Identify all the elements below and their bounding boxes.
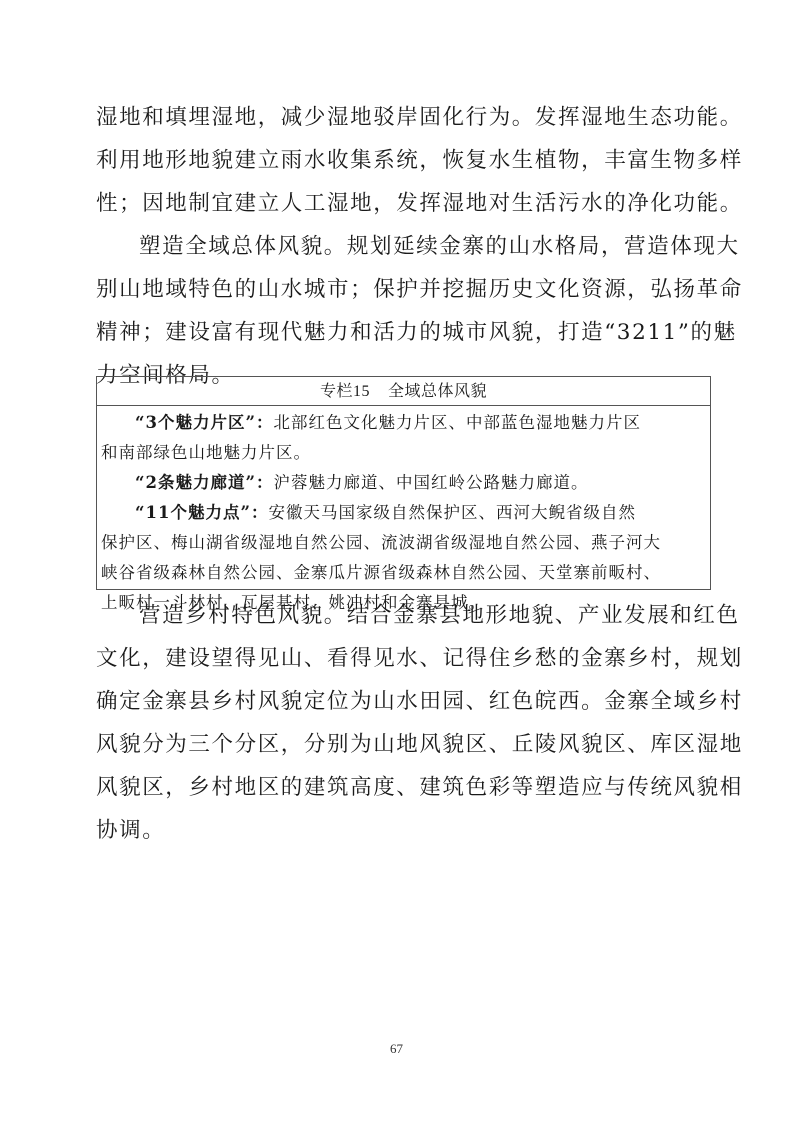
text-line: 精神；建设富有现代魅力和活力的城市风貌，打造“3211”的魅: [96, 311, 716, 354]
box-title-prefix: 专栏: [320, 381, 353, 400]
paragraph-overall-style: 塑造全域总体风貌。规划延续金寨的山水格局，营造体现大 别山地域特色的山水城市；保…: [96, 225, 716, 397]
item-label: “2条魅力廊道”：: [135, 473, 273, 492]
text-line: 性；因地制宜建立人工湿地，发挥湿地对生活污水的净化功能。: [96, 182, 716, 225]
text-line: 别山地域特色的山水城市；保护并挖掘历史文化资源，弘扬革命: [96, 268, 716, 311]
text-line: 风貌分为三个分区，分别为山地风貌区、丘陵风貌区、库区湿地: [96, 723, 716, 766]
text-line: 文化，建设望得见山、看得见水、记得住乡愁的金寨乡村，规划: [96, 637, 716, 680]
box-item-continuation: 保护区、梅山湖省级湿地自然公园、流波湖省级湿地自然公园、燕子河大: [101, 528, 706, 558]
item-label: “11个魅力点”：: [135, 503, 268, 522]
box-item-charm-zones: “3个魅力片区”：北部红色文化魅力片区、中部蓝色湿地魅力片区: [101, 408, 706, 438]
text-line: 确定金寨县乡村风貌定位为山水田园、红色皖西。金寨全域乡村: [96, 680, 716, 723]
item-label: “3个魅力片区”：: [135, 413, 273, 432]
text-line: 风貌区，乡村地区的建筑高度、建筑色彩等塑造应与传统风貌相: [96, 766, 716, 809]
box-item-continuation: 和南部绿色山地魅力片区。: [101, 438, 706, 468]
text-line: 协调。: [96, 809, 716, 852]
box-body: “3个魅力片区”：北部红色文化魅力片区、中部蓝色湿地魅力片区 和南部绿色山地魅力…: [97, 406, 710, 618]
text-line: 利用地形地貌建立雨水收集系统，恢复水生植物，丰富生物多样: [96, 139, 716, 182]
box-title-text: 全域总体风貌: [388, 381, 487, 400]
text-line: 湿地和填埋湿地，减少湿地驳岸固化行为。发挥湿地生态功能。: [96, 96, 716, 139]
document-page: 湿地和填埋湿地，减少湿地驳岸固化行为。发挥湿地生态功能。 利用地形地貌建立雨水收…: [0, 0, 793, 1122]
page-number: 67: [0, 1041, 793, 1057]
box-item-charm-corridors: “2条魅力廊道”：沪蓉魅力廊道、中国红岭公路魅力廊道。: [101, 468, 706, 498]
column-box-15: 专栏15全域总体风貌 “3个魅力片区”：北部红色文化魅力片区、中部蓝色湿地魅力片…: [96, 376, 711, 590]
text-line: 塑造全域总体风貌。规划延续金寨的山水格局，营造体现大: [96, 225, 716, 268]
box-item-continuation: 峡谷省级森林自然公园、金寨瓜片源省级森林自然公园、天堂寨前畈村、: [101, 558, 706, 588]
text-line: 营造乡村特色风貌。结合金寨县地形地貌、产业发展和红色: [96, 594, 716, 637]
box-title: 专栏15全域总体风貌: [97, 377, 710, 406]
paragraph-wetland: 湿地和填埋湿地，减少湿地驳岸固化行为。发挥湿地生态功能。 利用地形地貌建立雨水收…: [96, 96, 716, 225]
box-title-number: 15: [353, 383, 370, 400]
box-item-charm-points: “11个魅力点”：安徽天马国家级自然保护区、西河大鲵省级自然: [101, 498, 706, 528]
paragraph-rural-style: 营造乡村特色风貌。结合金寨县地形地貌、产业发展和红色 文化，建设望得见山、看得见…: [96, 594, 716, 852]
